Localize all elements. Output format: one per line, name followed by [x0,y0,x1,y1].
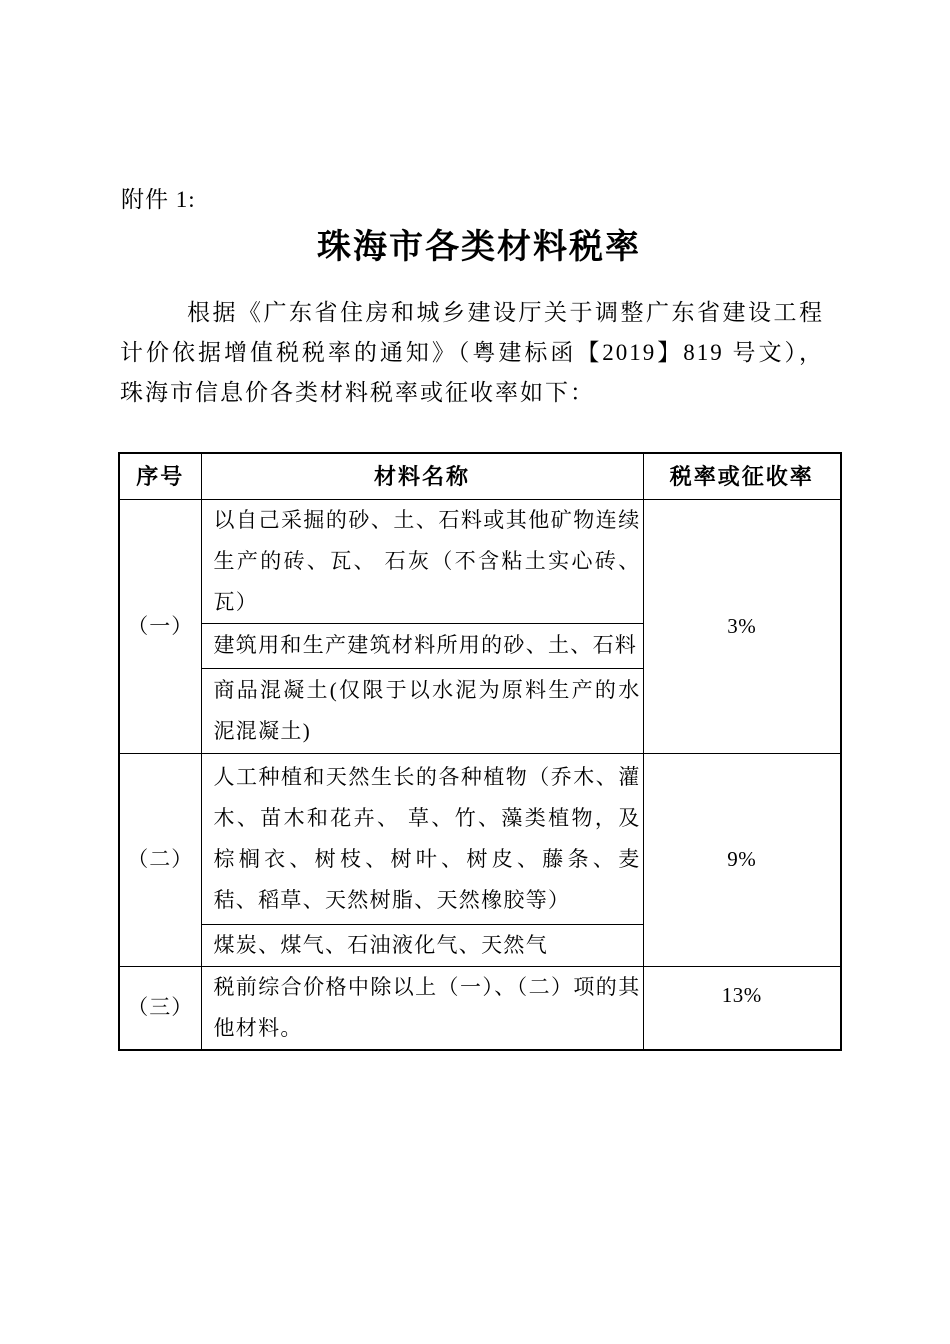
paragraph-line-3: 珠海市信息价各类材料税率或征收率如下： [120,373,824,413]
material-cell-group1-item1: 以自己采掘的砂、土、石料或其他矿物连续生产的砖、瓦、 石灰（不含粘土实心砖、瓦） [201,499,643,623]
table-row-group1-item1: （一） 以自己采掘的砂、土、石料或其他矿物连续生产的砖、瓦、 石灰（不含粘土实心… [119,499,841,623]
paragraph-line-1: 根据《广东省住房和城乡建设厅关于调整广东省建设工程 [120,293,824,333]
paragraph-line-2: 计价依据增值税税率的通知》（粤建标函【2019】819 号文）， [120,333,824,373]
rate-cell-group3: 13% [643,966,841,1050]
material-cell-group2-item1: 人工种植和天然生长的各种植物（乔木、灌木、苗木和花卉、 草、竹、藻类植物，及棕榈… [201,753,643,924]
table-row-group3-item1: （三） 税前综合价格中除以上（一）、（二）项的其他材料。 13% [119,966,841,1050]
rate-cell-group2: 9% [643,753,841,966]
header-serial-number: 序号 [119,453,201,499]
table-header-row: 序号 材料名称 税率或征收率 [119,453,841,499]
page-title: 珠海市各类材料税率 [118,224,840,272]
tax-rate-table: 序号 材料名称 税率或征收率 （一） 以自己采掘的砂、土、石料或其他矿物连续生产… [118,452,842,1051]
document-page: 附件 1: 珠海市各类材料税率 根据《广东省住房和城乡建设厅关于调整广东省建设工… [0,0,950,1344]
header-material-name: 材料名称 [201,453,643,499]
serial-cell-group2: （二） [119,753,201,966]
serial-cell-group1: （一） [119,499,201,753]
header-tax-rate: 税率或征收率 [643,453,841,499]
attachment-label: 附件 1: [121,184,196,215]
rate-cell-group1: 3% [643,499,841,753]
material-cell-group1-item3: 商品混凝土(仅限于以水泥为原料生产的水泥混凝土) [201,668,643,753]
intro-paragraph: 根据《广东省住房和城乡建设厅关于调整广东省建设工程 计价依据增值税税率的通知》（… [120,293,824,413]
serial-cell-group3: （三） [119,966,201,1050]
material-cell-group3-item1: 税前综合价格中除以上（一）、（二）项的其他材料。 [201,966,643,1050]
material-cell-group2-item2: 煤炭、煤气、石油液化气、天然气 [201,924,643,966]
material-cell-group1-item2: 建筑用和生产建筑材料所用的砂、土、石料 [201,623,643,668]
table-row-group2-item1: （二） 人工种植和天然生长的各种植物（乔木、灌木、苗木和花卉、 草、竹、藻类植物… [119,753,841,924]
